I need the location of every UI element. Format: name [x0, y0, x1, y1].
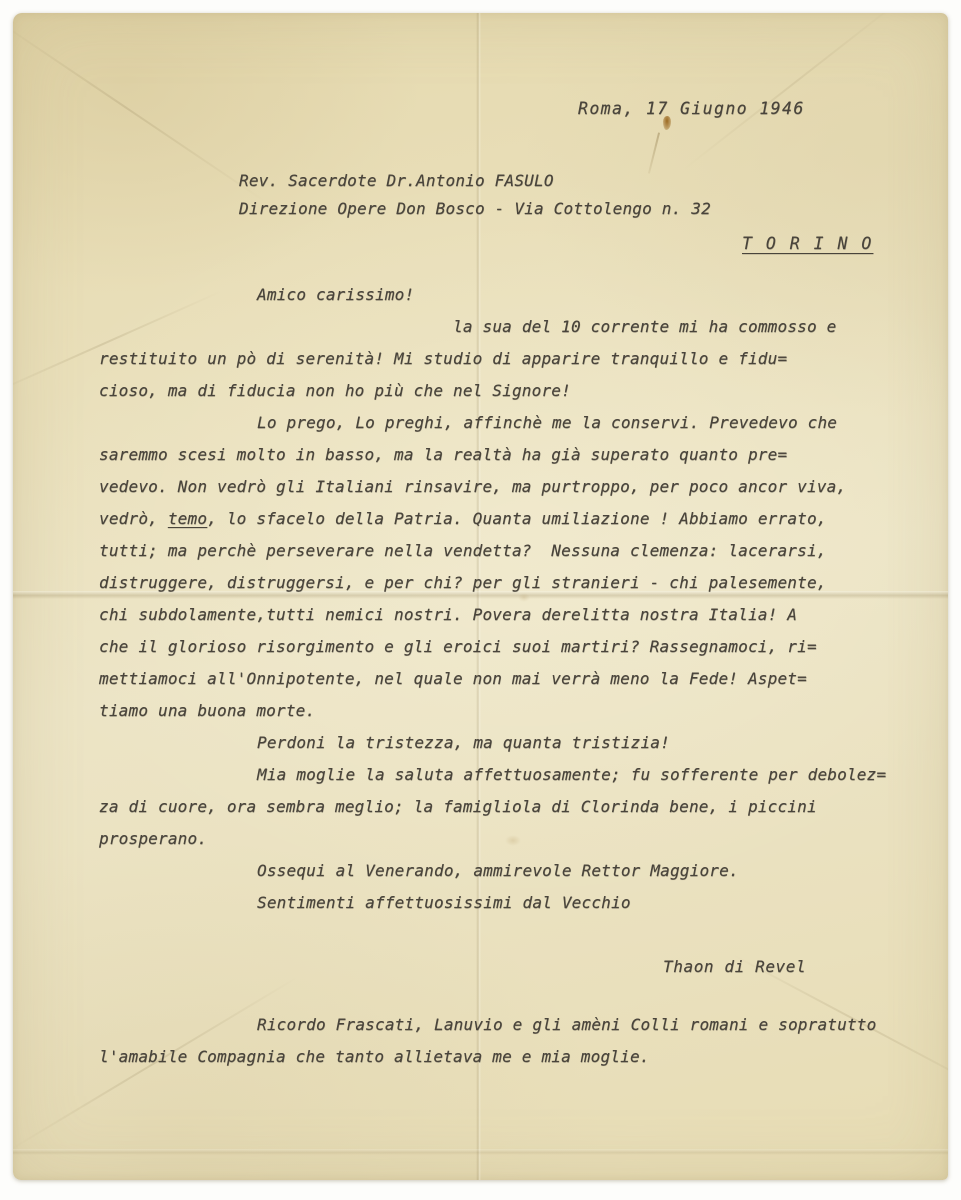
line-segment: saremmo scesi molto in basso, ma la real…: [99, 445, 787, 464]
line-segment: cioso, ma di fiducia non ho più che nel …: [99, 381, 571, 400]
line-segment: tutti; ma perchè perseverare nella vende…: [99, 541, 827, 560]
line-segment: Sentimenti affettuosissimi dal Vecchio: [257, 893, 631, 912]
letter-line: vedrò, temo, lo sfacelo della Patria. Qu…: [99, 503, 899, 535]
line-segment: chi subdolamente,tutti nemici nostri. Po…: [99, 605, 797, 624]
letter-line: za di cuore, ora sembra meglio; la famig…: [99, 791, 899, 823]
recipient-city: T O R I N O: [742, 234, 873, 253]
letter-line: Ossequi al Venerando, ammirevole Rettor …: [99, 855, 899, 887]
letter-page: Roma, 17 Giugno 1946 Rev. Sacerdote Dr.A…: [13, 13, 948, 1180]
line-segment: Lo prego, Lo preghi, affinchè me la cons…: [257, 413, 837, 432]
letter-line: restituito un pò di serenità! Mi studio …: [99, 343, 899, 375]
letter-line: Sentimenti affettuosissimi dal Vecchio: [99, 887, 899, 919]
letter-body: Amico carissimo!la sua del 10 corrente m…: [99, 279, 899, 919]
letter-line: Lo prego, Lo preghi, affinchè me la cons…: [99, 407, 899, 439]
line-segment: Ricordo Frascati, Lanuvio e gli amèni Co…: [257, 1015, 876, 1034]
letter-line: Perdoni la tristezza, ma quanta tristizi…: [99, 727, 899, 759]
line-segment: Perdoni la tristezza, ma quanta tristizi…: [257, 733, 670, 752]
letter-line: mettiamoci all'Onnipotente, nel quale no…: [99, 663, 899, 695]
letter-line: cioso, ma di fiducia non ho più che nel …: [99, 375, 899, 407]
line-segment: l'amabile Compagnia che tanto allietava …: [99, 1047, 650, 1066]
dateline: Roma, 17 Giugno 1946: [578, 99, 805, 118]
signature: Thaon di Revel: [663, 957, 806, 976]
letter-line: che il glorioso risorgimento e gli eroic…: [99, 631, 899, 663]
line-segment: restituito un pò di serenità! Mi studio …: [99, 349, 787, 368]
line-segment: za di cuore, ora sembra meglio; la famig…: [99, 797, 817, 816]
line-segment: mettiamoci all'Onnipotente, nel quale no…: [99, 669, 807, 688]
recipient-block: Rev. Sacerdote Dr.Antonio FASULO Direzio…: [239, 167, 711, 223]
letter-line: tutti; ma perchè perseverare nella vende…: [99, 535, 899, 567]
underlined-word: temo: [168, 509, 207, 528]
letter-line: la sua del 10 corrente mi ha commosso e: [99, 311, 899, 343]
letter-line: Mia moglie la saluta affettuosamente; fu…: [99, 759, 899, 791]
line-segment: prosperano.: [99, 829, 207, 848]
letter-line: distruggere, distruggersi, e per chi? pe…: [99, 567, 899, 599]
letter-line: Ricordo Frascati, Lanuvio e gli amèni Co…: [99, 1009, 899, 1041]
line-segment: che il glorioso risorgimento e gli eroic…: [99, 637, 817, 656]
line-segment: tiamo una buona morte.: [99, 701, 315, 720]
recipient-name: Rev. Sacerdote Dr.Antonio FASULO: [239, 167, 711, 195]
letter-line: Amico carissimo!: [99, 279, 899, 311]
line-segment: vedrò,: [99, 509, 168, 528]
letter-line: vedevo. Non vedrò gli Italiani rinsavire…: [99, 471, 899, 503]
line-segment: distruggere, distruggersi, e per chi? pe…: [99, 573, 827, 592]
letter-line: tiamo una buona morte.: [99, 695, 899, 727]
letter-content: Roma, 17 Giugno 1946 Rev. Sacerdote Dr.A…: [13, 13, 948, 1180]
line-segment: la sua del 10 corrente mi ha commosso e: [453, 317, 836, 336]
scan-backdrop: Roma, 17 Giugno 1946 Rev. Sacerdote Dr.A…: [0, 0, 961, 1200]
line-segment: Ossequi al Venerando, ammirevole Rettor …: [257, 861, 739, 880]
line-segment: Mia moglie la saluta affettuosamente; fu…: [257, 765, 886, 784]
screenshot-root: { "document": { "kind": "scanned typewri…: [0, 0, 961, 1200]
letter-line: chi subdolamente,tutti nemici nostri. Po…: [99, 599, 899, 631]
postscript: Ricordo Frascati, Lanuvio e gli amèni Co…: [99, 1009, 899, 1073]
line-segment: Amico carissimo!: [257, 285, 414, 304]
letter-line: prosperano.: [99, 823, 899, 855]
recipient-address: Direzione Opere Don Bosco - Via Cottolen…: [239, 195, 711, 223]
letter-line: saremmo scesi molto in basso, ma la real…: [99, 439, 899, 471]
line-segment: , lo sfacelo della Patria. Quanta umilia…: [207, 509, 826, 528]
line-segment: vedevo. Non vedrò gli Italiani rinsavire…: [99, 477, 846, 496]
letter-line: l'amabile Compagnia che tanto allietava …: [99, 1041, 899, 1073]
